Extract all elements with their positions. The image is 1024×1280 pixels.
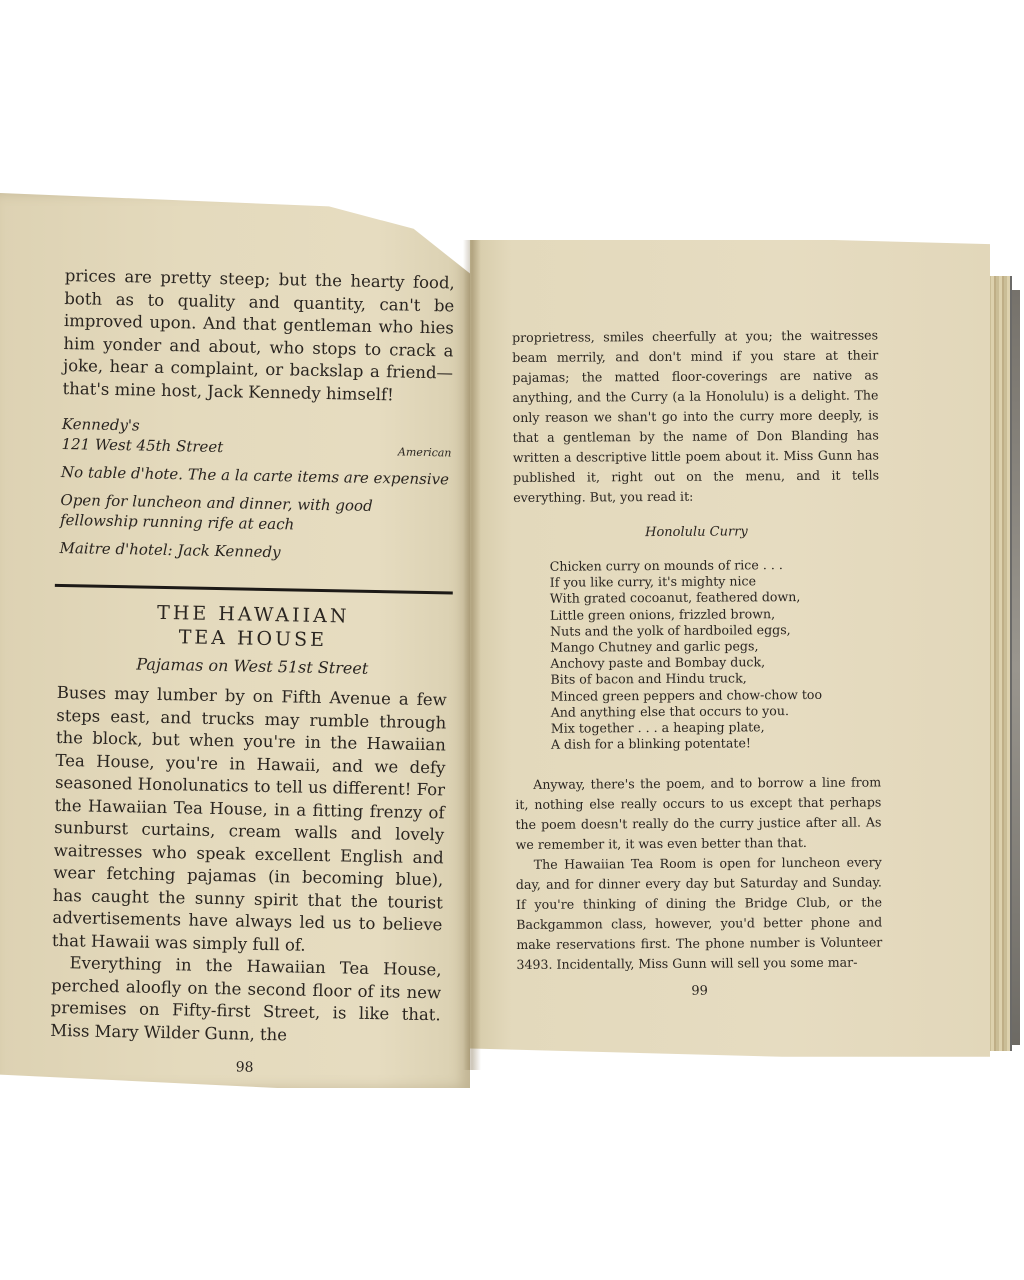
cuisine-label: American — [398, 445, 452, 459]
poem-title: Honolulu Curry — [513, 523, 879, 541]
section-divider — [55, 584, 453, 595]
left-page-text: prices are pretty steep; but the hearty … — [50, 265, 455, 1079]
poem: Chicken curry on mounds of rice . . . If… — [550, 556, 881, 753]
section-subtitle: Pajamas on West 51st Street — [57, 653, 447, 679]
right-paragraph-2: Anyway, there's the poem, and to borrow … — [515, 773, 882, 856]
section-paragraph-2: Everything in the Hawaiian Tea House, pe… — [50, 952, 442, 1049]
intro-paragraph: prices are pretty steep; but the hearty … — [62, 265, 455, 407]
right-page-text: proprietress, smiles cheerfully at you; … — [512, 325, 883, 1000]
restaurant-address: 121 West 45th Street — [61, 434, 223, 457]
open-book: prices are pretty steep; but the hearty … — [0, 0, 1024, 1280]
right-paragraph-3: The Hawaiian Tea Room is open for lunche… — [516, 853, 883, 976]
book-gutter — [463, 240, 481, 1070]
right-paragraph-1: proprietress, smiles cheerfully at you; … — [512, 325, 879, 508]
hours-note: Open for luncheon and dinner, with good … — [60, 490, 451, 537]
page-number-right: 99 — [517, 983, 883, 1001]
section-paragraph-1: Buses may lumber by on Fifth Avenue a fe… — [52, 682, 447, 959]
